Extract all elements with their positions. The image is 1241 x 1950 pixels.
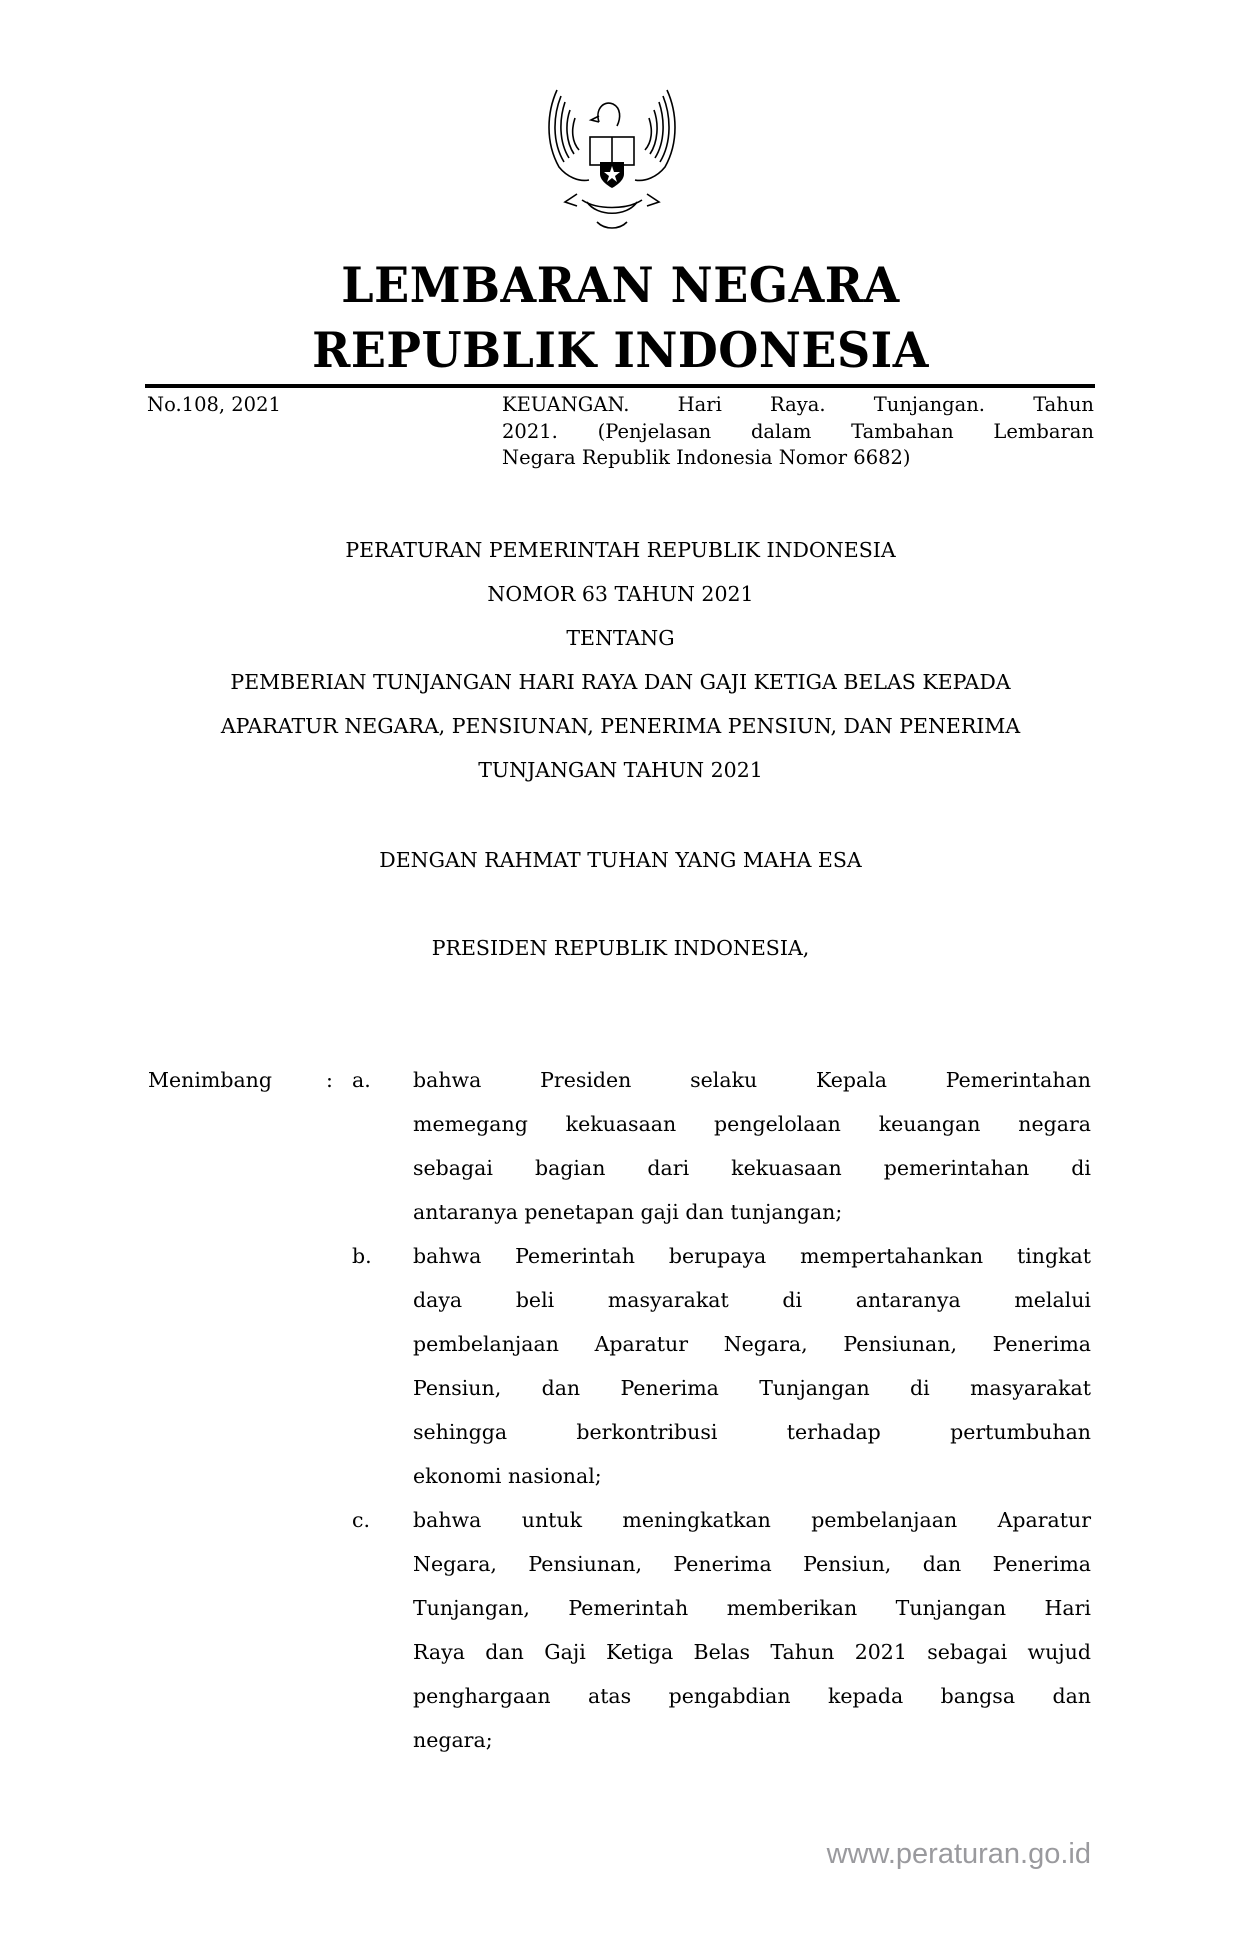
regulation-heading: PERATURAN PEMERINTAH REPUBLIK INDONESIA … <box>0 528 1241 792</box>
considerations-label: Menimbang <box>148 1058 272 1102</box>
gazette-summary: KEUANGAN. Hari Raya. Tunjangan. Tahun 20… <box>502 392 1094 472</box>
garuda-emblem-icon <box>537 82 687 242</box>
item-letter: b. <box>352 1234 372 1278</box>
item-line: bahwa Pemerintah berupaya mempertahankan… <box>413 1234 1091 1278</box>
gazette-title-line-2: REPUBLIK INDONESIA <box>0 326 1241 374</box>
item-line: ekonomi nasional; <box>413 1454 1091 1498</box>
item-line: pembelanjaan Aparatur Negara, Pensiunan,… <box>413 1322 1091 1366</box>
item-line: bahwa Presiden selaku Kepala Pemerintaha… <box>413 1058 1091 1102</box>
footer-website-link[interactable]: www.peraturan.go.id <box>785 1838 1091 1871</box>
item-line: daya beli masyarakat di antaranya melalu… <box>413 1278 1091 1322</box>
invocation-line: DENGAN RAHMAT TUHAN YANG MAHA ESA <box>0 838 1241 882</box>
consideration-item: c. bahwa untuk meningkatkan pembelanjaan… <box>0 1498 1241 1762</box>
label-colon: : <box>326 1058 333 1102</box>
item-line: memegang kekuasaan pengelolaan keuangan … <box>413 1102 1091 1146</box>
consideration-item: Menimbang : a. bahwa Presiden selaku Kep… <box>0 1058 1241 1234</box>
item-line: Tunjangan, Pemerintah memberikan Tunjang… <box>413 1586 1091 1630</box>
heading-line: NOMOR 63 TAHUN 2021 <box>0 572 1241 616</box>
item-letter: c. <box>352 1498 370 1542</box>
item-text: bahwa Pemerintah berupaya mempertahankan… <box>413 1234 1091 1498</box>
item-text: bahwa Presiden selaku Kepala Pemerintaha… <box>413 1058 1091 1234</box>
heading-line: PERATURAN PEMERINTAH REPUBLIK INDONESIA <box>0 528 1241 572</box>
considerations-section: Menimbang : a. bahwa Presiden selaku Kep… <box>0 1058 1241 1762</box>
heading-line: APARATUR NEGARA, PENSIUNAN, PENERIMA PEN… <box>0 704 1241 748</box>
gazette-number: No.108, 2021 <box>147 392 281 419</box>
heading-line: PEMBERIAN TUNJANGAN HARI RAYA DAN GAJI K… <box>0 660 1241 704</box>
president-line: PRESIDEN REPUBLIK INDONESIA, <box>0 926 1241 970</box>
heading-line: TENTANG <box>0 616 1241 660</box>
gazette-title-line-1: LEMBARAN NEGARA <box>0 261 1241 309</box>
summary-line: 2021. (Penjelasan dalam Tambahan Lembara… <box>502 419 1094 446</box>
item-letter: a. <box>352 1058 371 1102</box>
summary-line: KEUANGAN. Hari Raya. Tunjangan. Tahun <box>502 392 1094 419</box>
consideration-item: b. bahwa Pemerintah berupaya mempertahan… <box>0 1234 1241 1498</box>
item-line: bahwa untuk meningkatkan pembelanjaan Ap… <box>413 1498 1091 1542</box>
summary-line: Negara Republik Indonesia Nomor 6682) <box>502 445 1094 472</box>
item-line: sebagai bagian dari kekuasaan pemerintah… <box>413 1146 1091 1190</box>
item-text: bahwa untuk meningkatkan pembelanjaan Ap… <box>413 1498 1091 1762</box>
item-line: negara; <box>413 1718 1091 1762</box>
item-line: Raya dan Gaji Ketiga Belas Tahun 2021 se… <box>413 1630 1091 1674</box>
item-line: penghargaan atas pengabdian kepada bangs… <box>413 1674 1091 1718</box>
header-rule <box>145 384 1095 388</box>
heading-line: TUNJANGAN TAHUN 2021 <box>0 748 1241 792</box>
item-line: antaranya penetapan gaji dan tunjangan; <box>413 1190 1091 1234</box>
item-line: Negara, Pensiunan, Penerima Pensiun, dan… <box>413 1542 1091 1586</box>
item-line: Pensiun, dan Penerima Tunjangan di masya… <box>413 1366 1091 1410</box>
item-line: sehingga berkontribusi terhadap pertumbu… <box>413 1410 1091 1454</box>
